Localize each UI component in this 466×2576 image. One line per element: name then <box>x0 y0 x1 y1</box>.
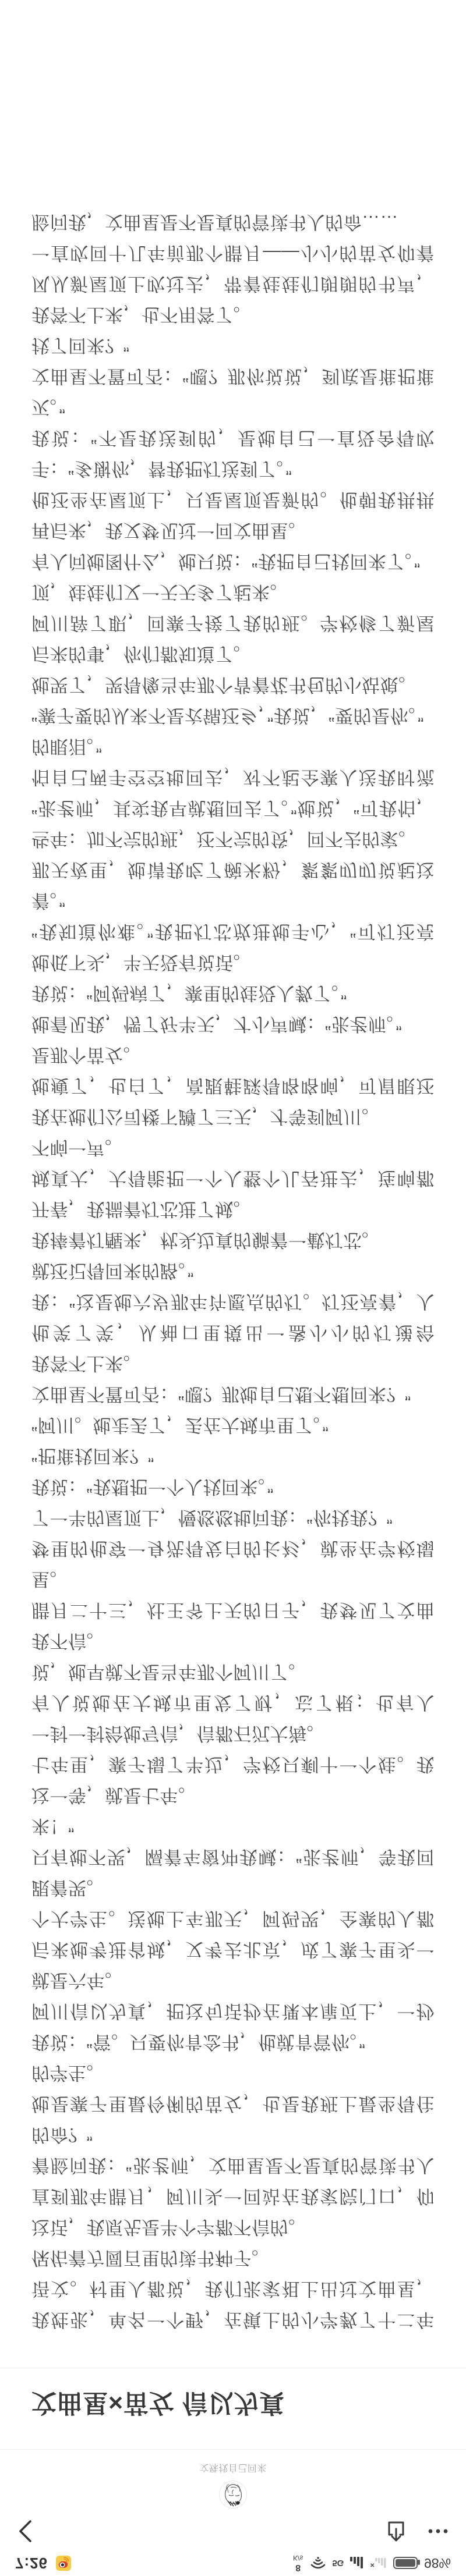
paragraph: 我在她们公司楼下蹲了三天，才等到阿川。 <box>31 1101 435 1132</box>
mirrored-page: 7:26 8 K/s <box>0 0 466 2576</box>
paragraph: “我知道你难。”我把灯芯放进她手心，“可灯还亮着。” <box>31 885 435 947</box>
status-left: 7:26 <box>15 2554 71 2573</box>
paragraph: “寨子要的从来不是衣锦还乡，”我说，“要的是你。” <box>31 700 435 731</box>
collection-title: 文殊找自己回来 <box>199 2462 267 2475</box>
paragraph: 我说：“管。只要你肯念书，他就肯管你。” <box>31 2027 435 2057</box>
paragraph: 城真大，大得能把一个人整个儿吞进去，连响都不响一声。 <box>31 1132 435 1194</box>
paragraph: 我捧着灯醒来，枕头边真的躺着一截灯芯。 <box>31 1225 435 1255</box>
paragraph: 我说：“阿妈病了，寨里的娃没人教了。” <box>31 978 435 1009</box>
paragraph: 她哭了，哭得像当年那个背着花书包的小姑娘。 <box>31 669 435 700</box>
paragraph: 他还坐在屋顶上，只是屋顶是新的。他朝我拱拱手：“多谢你，替我把灯送到了。” <box>31 453 435 515</box>
share-button[interactable] <box>386 2520 407 2542</box>
status-right: 8 K/s 5G × <box>293 2554 451 2572</box>
battery-fill <box>396 2560 415 2567</box>
paragraph: 她看见我，愣了好半天，才小声喊：“张老师。” <box>31 1009 435 1039</box>
paragraph: 再后来，我又梦见过一回文曲星。 <box>31 515 435 546</box>
paragraph: “把谁找回来？” <box>31 1440 435 1471</box>
nav-bar <box>0 2512 466 2550</box>
paragraph: 文曲星不置可否：“嗯？那她自己想不想回来？” <box>31 1379 435 1410</box>
paragraph: 她低下头，半天没有说话。 <box>31 947 435 978</box>
signal-bars-sim2-disabled: × <box>370 2557 387 2569</box>
signal-bars-sim2-icon <box>375 2557 387 2569</box>
paragraph: 我不信。 <box>31 1626 435 1656</box>
article-title: 文曲星×苗女 信以为真 <box>31 2385 435 2420</box>
paragraph: 我答不上来，也不用答了。 <box>31 299 435 330</box>
paragraph: 后来的事，你们都知道了。 <box>31 638 435 669</box>
paragraph: 梦里的他穿一身洗得发白的长衫，就坐在学校塌了一半的屋顶上，慢悠悠地问我：“你找我… <box>31 1502 435 1564</box>
network-speed: 8 K/s <box>293 2554 303 2572</box>
paragraph: 有人问她图什么，她只说：“我把自己找回来了。” <box>31 546 435 577</box>
phone-screenshot: 7:26 8 K/s <box>0 0 466 2576</box>
paragraph: 风从新屋顶上吹过去，带着娃娃们朗朗的书声，一直吹回十几年前那个腊月——小小的苗女… <box>31 207 435 299</box>
paragraph: 他笑了笑，从袖口里摸出一盏小小的灯递给我：“这是她六岁那年许愿点的灯。灯还亮着，… <box>31 1255 435 1348</box>
paragraph: 她是寨子里最伶俐的苗女，也是我班上最坐得住的学生。 <box>31 2057 435 2119</box>
status-bar: 7:26 8 K/s <box>0 2550 466 2576</box>
paragraph: 我说：“我想把一个人找回来。” <box>31 1471 435 1502</box>
paragraph: 她瘦了，也白了，高跟鞋踩得咯咯响，可眉眼还是那个苗女。 <box>31 1039 435 1101</box>
paragraph: 有人说她在大城市里发了财，忘了根；也有人说，她早就不是当年那个阿川了。 <box>31 1656 435 1718</box>
clock: 7:26 <box>15 2554 48 2573</box>
share-icon <box>386 2520 407 2542</box>
paragraph: 我答不上来。 <box>31 1348 435 1379</box>
paragraph: 直到那年腊月，阿川头一回站在我家院门口，仰着脸问我：“张老师，文曲星是不是真的管… <box>31 2119 435 2212</box>
wifi-icon <box>310 2557 326 2570</box>
paragraph: 七年里，寨子塌了半边，学校只剩十一个娃。我一封一封给她写信，信都石沉大海。 <box>31 1718 435 1780</box>
divider-top <box>0 2449 466 2450</box>
paragraph: 后来她考进省城，又考去北京，成了寨子里头一个大学生。送她上车那天，阿妈哭，全寨的… <box>31 1872 435 1965</box>
divider-under-title <box>0 2368 466 2368</box>
article-body: 我姓张，单名一个野，在镇上的小学教了十二年语文。村里人都说，我们张家祖上出过文曲… <box>0 0 466 2368</box>
paragraph: “张老师，其实我早就想回去了。”她说，“可我怕，怕自己两手空空地回去，对不起全寨… <box>31 731 435 824</box>
back-button[interactable] <box>17 2519 33 2543</box>
paragraph: 文曲星不置可否：“嗯？那你说说，到底是谁把谁找了回来？” <box>31 330 435 392</box>
paragraph: 腊月二十三，灶王爷上天的日子，我梦见了文曲星。 <box>31 1564 435 1626</box>
paragraph: 阿川辞了职，回寨子接了我的班。学校修了新屋顶，娃娃们又一天天多了起来。 <box>31 577 435 638</box>
signal-bars-sim1-icon <box>350 2557 363 2570</box>
more-button[interactable] <box>428 2528 449 2534</box>
sim2-x-mark: × <box>370 2561 375 2569</box>
more-ellipsis-icon <box>428 2528 449 2534</box>
avatar-sketch-image <box>220 2481 246 2508</box>
battery-icon <box>393 2557 418 2570</box>
paragraph: 那天夜里，她请我吃了碗米粉，絮絮叨叨说起这些年：加不完的班，还不完的贷，回不去的… <box>31 824 435 885</box>
paragraph: 开春，我揣着灯芯进了城。 <box>31 1194 435 1225</box>
paragraph: 阿川信以为真，把这句话抄在课本扉页上，一抄就是六年。 <box>31 1965 435 2027</box>
nav-actions <box>386 2520 449 2542</box>
network-type-label: 5G <box>332 2559 344 2568</box>
network-speed-unit: K/s <box>293 2554 303 2561</box>
back-chevron-icon <box>17 2519 33 2543</box>
network-speed-value: 8 <box>295 2563 301 2572</box>
battery-percent: 98% <box>424 2556 451 2571</box>
paragraph: 这话，我原先是半个字都不信的。 <box>31 2212 435 2243</box>
paragraph: 这一等，就是七年。 <box>31 1780 435 1811</box>
battery-nub <box>418 2560 420 2566</box>
paragraph: 我姓张，单名一个野，在镇上的小学教了十二年语文。村里人都说，我们张家祖上出过文曲… <box>31 2243 435 2335</box>
paragraph: “阿川。她走丢了，丢在大城市里了。” <box>31 1410 435 1440</box>
avatar[interactable] <box>219 2481 247 2508</box>
paragraph: 只有她不哭，隔着车窗冲我喊：“张老师，等我回来！” <box>31 1811 435 1872</box>
author-header: 文殊找自己回来 <box>0 2462 466 2512</box>
news-app-notification-icon <box>56 2556 71 2571</box>
paragraph: 我说：“不是我送到的，是她自己一直没舍得吹灭。” <box>31 392 435 453</box>
